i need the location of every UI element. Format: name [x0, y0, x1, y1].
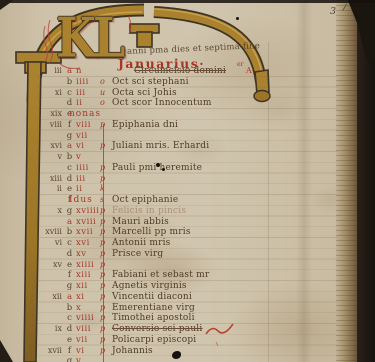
january-verse-line: anni pma dies et septima fine: [127, 41, 260, 57]
feast-entry: Circumcisio domini: [134, 66, 226, 77]
calendar-row: axviiipMauri abbis: [36, 217, 338, 228]
feast-entry: Timothei apostoli: [112, 313, 195, 324]
calendar-row: eviipPolicarpi episcopi: [36, 335, 338, 346]
golden-number: vi: [36, 238, 62, 249]
ink-blot-icon: [156, 163, 160, 167]
dominical-letter: b: [64, 152, 75, 163]
dominical-letter: d: [64, 324, 75, 335]
golden-number: xi: [36, 88, 62, 99]
grade-mark: p: [100, 292, 112, 303]
golden-number: x: [36, 206, 62, 217]
dominical-letter: g: [64, 281, 75, 292]
dominical-letter: f: [64, 346, 75, 357]
golden-number: iii: [36, 66, 62, 77]
grade-mark: p: [100, 303, 112, 314]
calendar-row: xiiaxipVincentii diaconi: [36, 292, 338, 303]
feast-entry: Antonii mris: [112, 238, 170, 249]
feast-entry: Oct sci stephani: [112, 77, 189, 88]
grade-mark: k: [100, 184, 112, 195]
dominical-letter: g: [64, 206, 75, 217]
calendar-row: gv: [36, 356, 338, 362]
grade-mark: p: [100, 346, 112, 357]
ink-blot-icon: [236, 17, 239, 20]
grade-mark: p: [100, 206, 112, 217]
calendar-row: biiiioOct sci stephani: [36, 77, 338, 88]
feast-entry: Epiphania dni: [112, 120, 178, 131]
roman-day-count: nonas: [69, 109, 103, 120]
feast-entry: Emerentiane virg: [112, 303, 195, 314]
grade-mark: p: [100, 324, 112, 335]
calendar-row: xviiibxviipMarcelli pp mris: [36, 227, 338, 238]
dominical-letter: f: [64, 120, 75, 131]
grade-mark: p: [100, 335, 112, 346]
background-bottom-left-corner: [0, 340, 13, 362]
grade-mark: p: [100, 141, 112, 152]
background-top-left-corner: [0, 0, 14, 10]
golden-number: v: [36, 152, 62, 163]
calendar-rows: iiianCircumcisio dominiAbiiiioOct sci st…: [36, 66, 338, 362]
manuscript-calendar-page: KL anni pma dies et septima fine Januari…: [0, 0, 375, 362]
feast-entry: Juliani mris. Erhardi: [112, 141, 209, 152]
roman-day-count: v: [76, 356, 110, 362]
golden-number: xii: [36, 292, 62, 303]
grade-mark: p: [100, 217, 112, 228]
calendar-row: fIdussOct epiphanie: [36, 195, 338, 206]
grade-mark: p: [100, 227, 112, 238]
dominical-letter: a: [64, 141, 75, 152]
calendar-row: xixenonas: [36, 109, 338, 120]
golden-number: xv: [36, 260, 62, 271]
background-top-edge: [0, 0, 375, 3]
roman-day-count: n: [76, 66, 110, 77]
golden-number: xvii: [36, 346, 62, 357]
calendar-row: vicxvipAntonii mris: [36, 238, 338, 249]
calendar-row: dxvpPrisce virg: [36, 249, 338, 260]
dominical-letter: e: [64, 184, 75, 195]
golden-number: xix: [36, 109, 62, 120]
calendar-row: cviiiipTimothei apostoli: [36, 313, 338, 324]
golden-number: xiii: [36, 174, 62, 185]
dominical-letter: c: [64, 163, 75, 174]
grade-mark: o: [100, 98, 112, 109]
calendar-row: xiciiiuOcta sci Johis: [36, 88, 338, 99]
feast-entry: Oct epiphanie: [112, 195, 178, 206]
grade-mark: o: [100, 77, 112, 88]
roman-day-count: v: [76, 152, 110, 163]
feast-entry: Johannis: [112, 346, 153, 357]
grade-mark: p: [100, 120, 112, 131]
golden-number: viii: [36, 120, 62, 131]
calendar-row: fxiiipFabiani et sebast mr: [36, 270, 338, 281]
calendar-row: iieiik: [36, 184, 338, 195]
calendar-row: xiiidiiip: [36, 174, 338, 185]
roman-day-count: Idus: [69, 195, 103, 206]
kalendas-monogram-icon: KL: [56, 6, 122, 70]
grade-mark: p: [100, 163, 112, 174]
dominical-letter: a: [64, 66, 75, 77]
golden-number: ix: [36, 324, 62, 335]
dominical-letter: b: [64, 227, 75, 238]
dominical-letter: c: [64, 313, 75, 324]
ink-blot-icon: [162, 168, 165, 171]
dominical-letter: f: [64, 270, 75, 281]
golden-number: ii: [36, 184, 62, 195]
calendar-row: gxiipAgnetis virginis: [36, 281, 338, 292]
feast-entry: Octa sci Johis: [112, 88, 177, 99]
grade-mark: p: [100, 174, 112, 185]
dominical-letter: c: [64, 88, 75, 99]
calendar-row: xvexiiiip: [36, 260, 338, 271]
roman-day-count: vii: [76, 131, 110, 142]
dominical-letter: a: [64, 292, 75, 303]
calendar-row: vbv: [36, 152, 338, 163]
calendar-row: xgxviiiipFelicis in pincis: [36, 206, 338, 217]
feast-entry: Vincentii diaconi: [112, 292, 192, 303]
dominical-letter: d: [64, 249, 75, 260]
dominical-letter: a: [64, 217, 75, 228]
golden-number: xvi: [36, 141, 62, 152]
dominical-letter: b: [64, 77, 75, 88]
calendar-row: iiianCircumcisio dominiA: [36, 66, 338, 77]
grade-mark: u: [100, 88, 112, 99]
dominical-letter: c: [64, 238, 75, 249]
calendar-row: ixdviiipConversio sci pauli: [36, 324, 338, 335]
feast-entry: Fabiani et sebast mr: [112, 270, 209, 281]
calendar-row: gvii: [36, 131, 338, 142]
calendar-row: diioOct scor Innocentum: [36, 98, 338, 109]
dominical-letter: e: [64, 260, 75, 271]
feast-entry: Agnetis virginis: [112, 281, 187, 292]
grade-mark: p: [100, 270, 112, 281]
dominical-letter: d: [64, 98, 75, 109]
feast-entry: Oct scor Innocentum: [112, 98, 212, 109]
feast-entry: Prisce virg: [112, 249, 163, 260]
grade-mark: p: [100, 249, 112, 260]
calendar-row: viiifviiipEpiphania dni: [36, 120, 338, 131]
feast-entry: Marcelli pp mris: [112, 227, 191, 238]
dominical-letter: g: [64, 356, 75, 362]
folio-number: 3: [330, 6, 336, 17]
grade-mark: p: [100, 313, 112, 324]
grade-mark: p: [100, 238, 112, 249]
calendar-row: xviifvipJohannis: [36, 346, 338, 357]
golden-number: xviii: [36, 227, 62, 238]
feast-entry: Conversio sci pauli: [112, 324, 202, 335]
feast-entry: Policarpi episcopi: [112, 335, 196, 346]
grade-mark: s: [100, 195, 112, 206]
calendar-row: bxpEmerentiane virg: [36, 303, 338, 314]
grade-mark: p: [100, 260, 112, 271]
dominical-letter: b: [64, 303, 75, 314]
feast-entry: Felicis in pincis: [112, 206, 186, 217]
calendar-row: xviavipJuliani mris. Erhardi: [36, 141, 338, 152]
grade-mark: p: [100, 281, 112, 292]
dominical-letter: e: [64, 335, 75, 346]
entry-margin-mark: A: [246, 66, 252, 77]
calendar-row: ciiiipPauli pmi heremite: [36, 163, 338, 174]
feast-entry: Mauri abbis: [112, 217, 169, 228]
dominical-letter: d: [64, 174, 75, 185]
dominical-letter: g: [64, 131, 75, 142]
